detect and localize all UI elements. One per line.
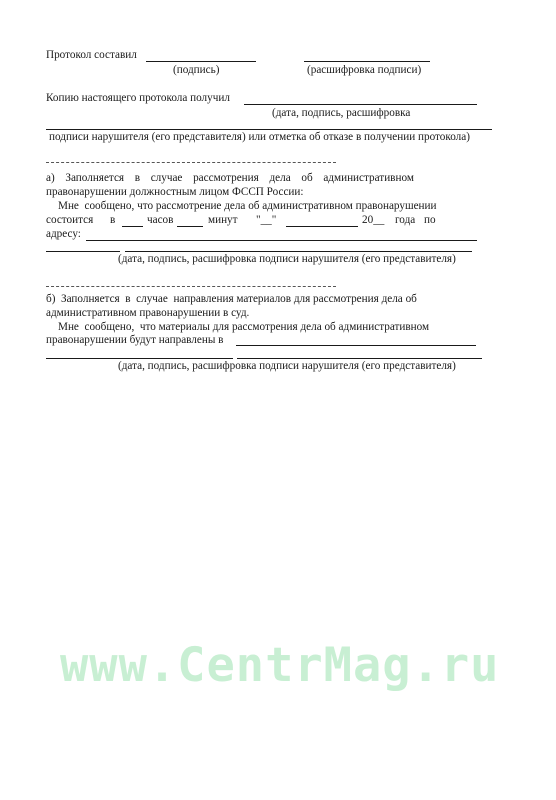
word: Заполняется [65,172,124,185]
copy-received-line-2[interactable] [46,129,492,130]
section-divider [46,162,336,163]
hours-label: часов [147,214,173,227]
word: об [301,172,312,185]
word: административном [323,172,414,185]
section-a-title-1: а) Заполняется в случае рассмотрения дел… [46,172,414,185]
by-label: по [424,214,436,227]
section-b-signature-line[interactable] [237,358,482,359]
address-label: адресу: [46,228,81,241]
word: а) [46,172,55,185]
minutes-label: минут [208,214,238,227]
section-a-p2: в [110,214,115,227]
year-label: года [395,214,415,227]
section-a-title-2: правонарушении должностным лицом ФССП Ро… [46,186,304,199]
word: дела [269,172,290,185]
section-divider [46,286,336,287]
copy-received-caption-2: подписи нарушителя (его представителя) и… [49,131,470,144]
month-field[interactable] [286,226,358,227]
section-b-signature-caption: (дата, подпись, расшифровка подписи нару… [118,360,456,373]
compiled-by-label: Протокол составил [46,49,137,62]
hours-field[interactable] [122,226,143,227]
section-b-title-2: административном правонарушении в суд. [46,307,249,320]
compiled-by-signature-line[interactable] [146,61,256,62]
minutes-field[interactable] [177,226,203,227]
copy-received-line[interactable] [244,104,477,105]
section-a-notice-1: Мне сообщено, что рассмотрение дела об а… [58,200,437,213]
word: случае [151,172,183,185]
section-b-notice-1: Мне сообщено, что материалы для рассмотр… [58,321,429,334]
signature-caption: (подпись) [173,64,219,77]
compiled-by-decoding-line[interactable] [304,61,430,62]
day-field[interactable]: "__" [256,214,276,227]
section-a-signature-caption: (дата, подпись, расшифровка подписи нару… [118,253,456,266]
word: в [135,172,140,185]
word: рассмотрения [193,172,259,185]
court-field[interactable] [236,345,476,346]
section-a-signature-line[interactable] [125,251,472,252]
section-a-p1: состоится [46,214,93,227]
watermark: www.CentrMag.ru [60,638,499,693]
address-field[interactable] [86,240,477,241]
copy-received-label: Копию настоящего протокола получил [46,92,230,105]
decoding-caption: (расшифровка подписи) [307,64,421,77]
section-b-title-1: б) Заполняется в случае направления мате… [46,293,417,306]
section-a-date-line[interactable] [46,251,120,252]
section-b-notice-2: правонарушении будут направлены в [46,334,223,347]
year-field[interactable]: 20__ [362,214,384,227]
copy-received-caption-1: (дата, подпись, расшифровка [272,107,410,120]
section-b-date-line[interactable] [46,358,233,359]
